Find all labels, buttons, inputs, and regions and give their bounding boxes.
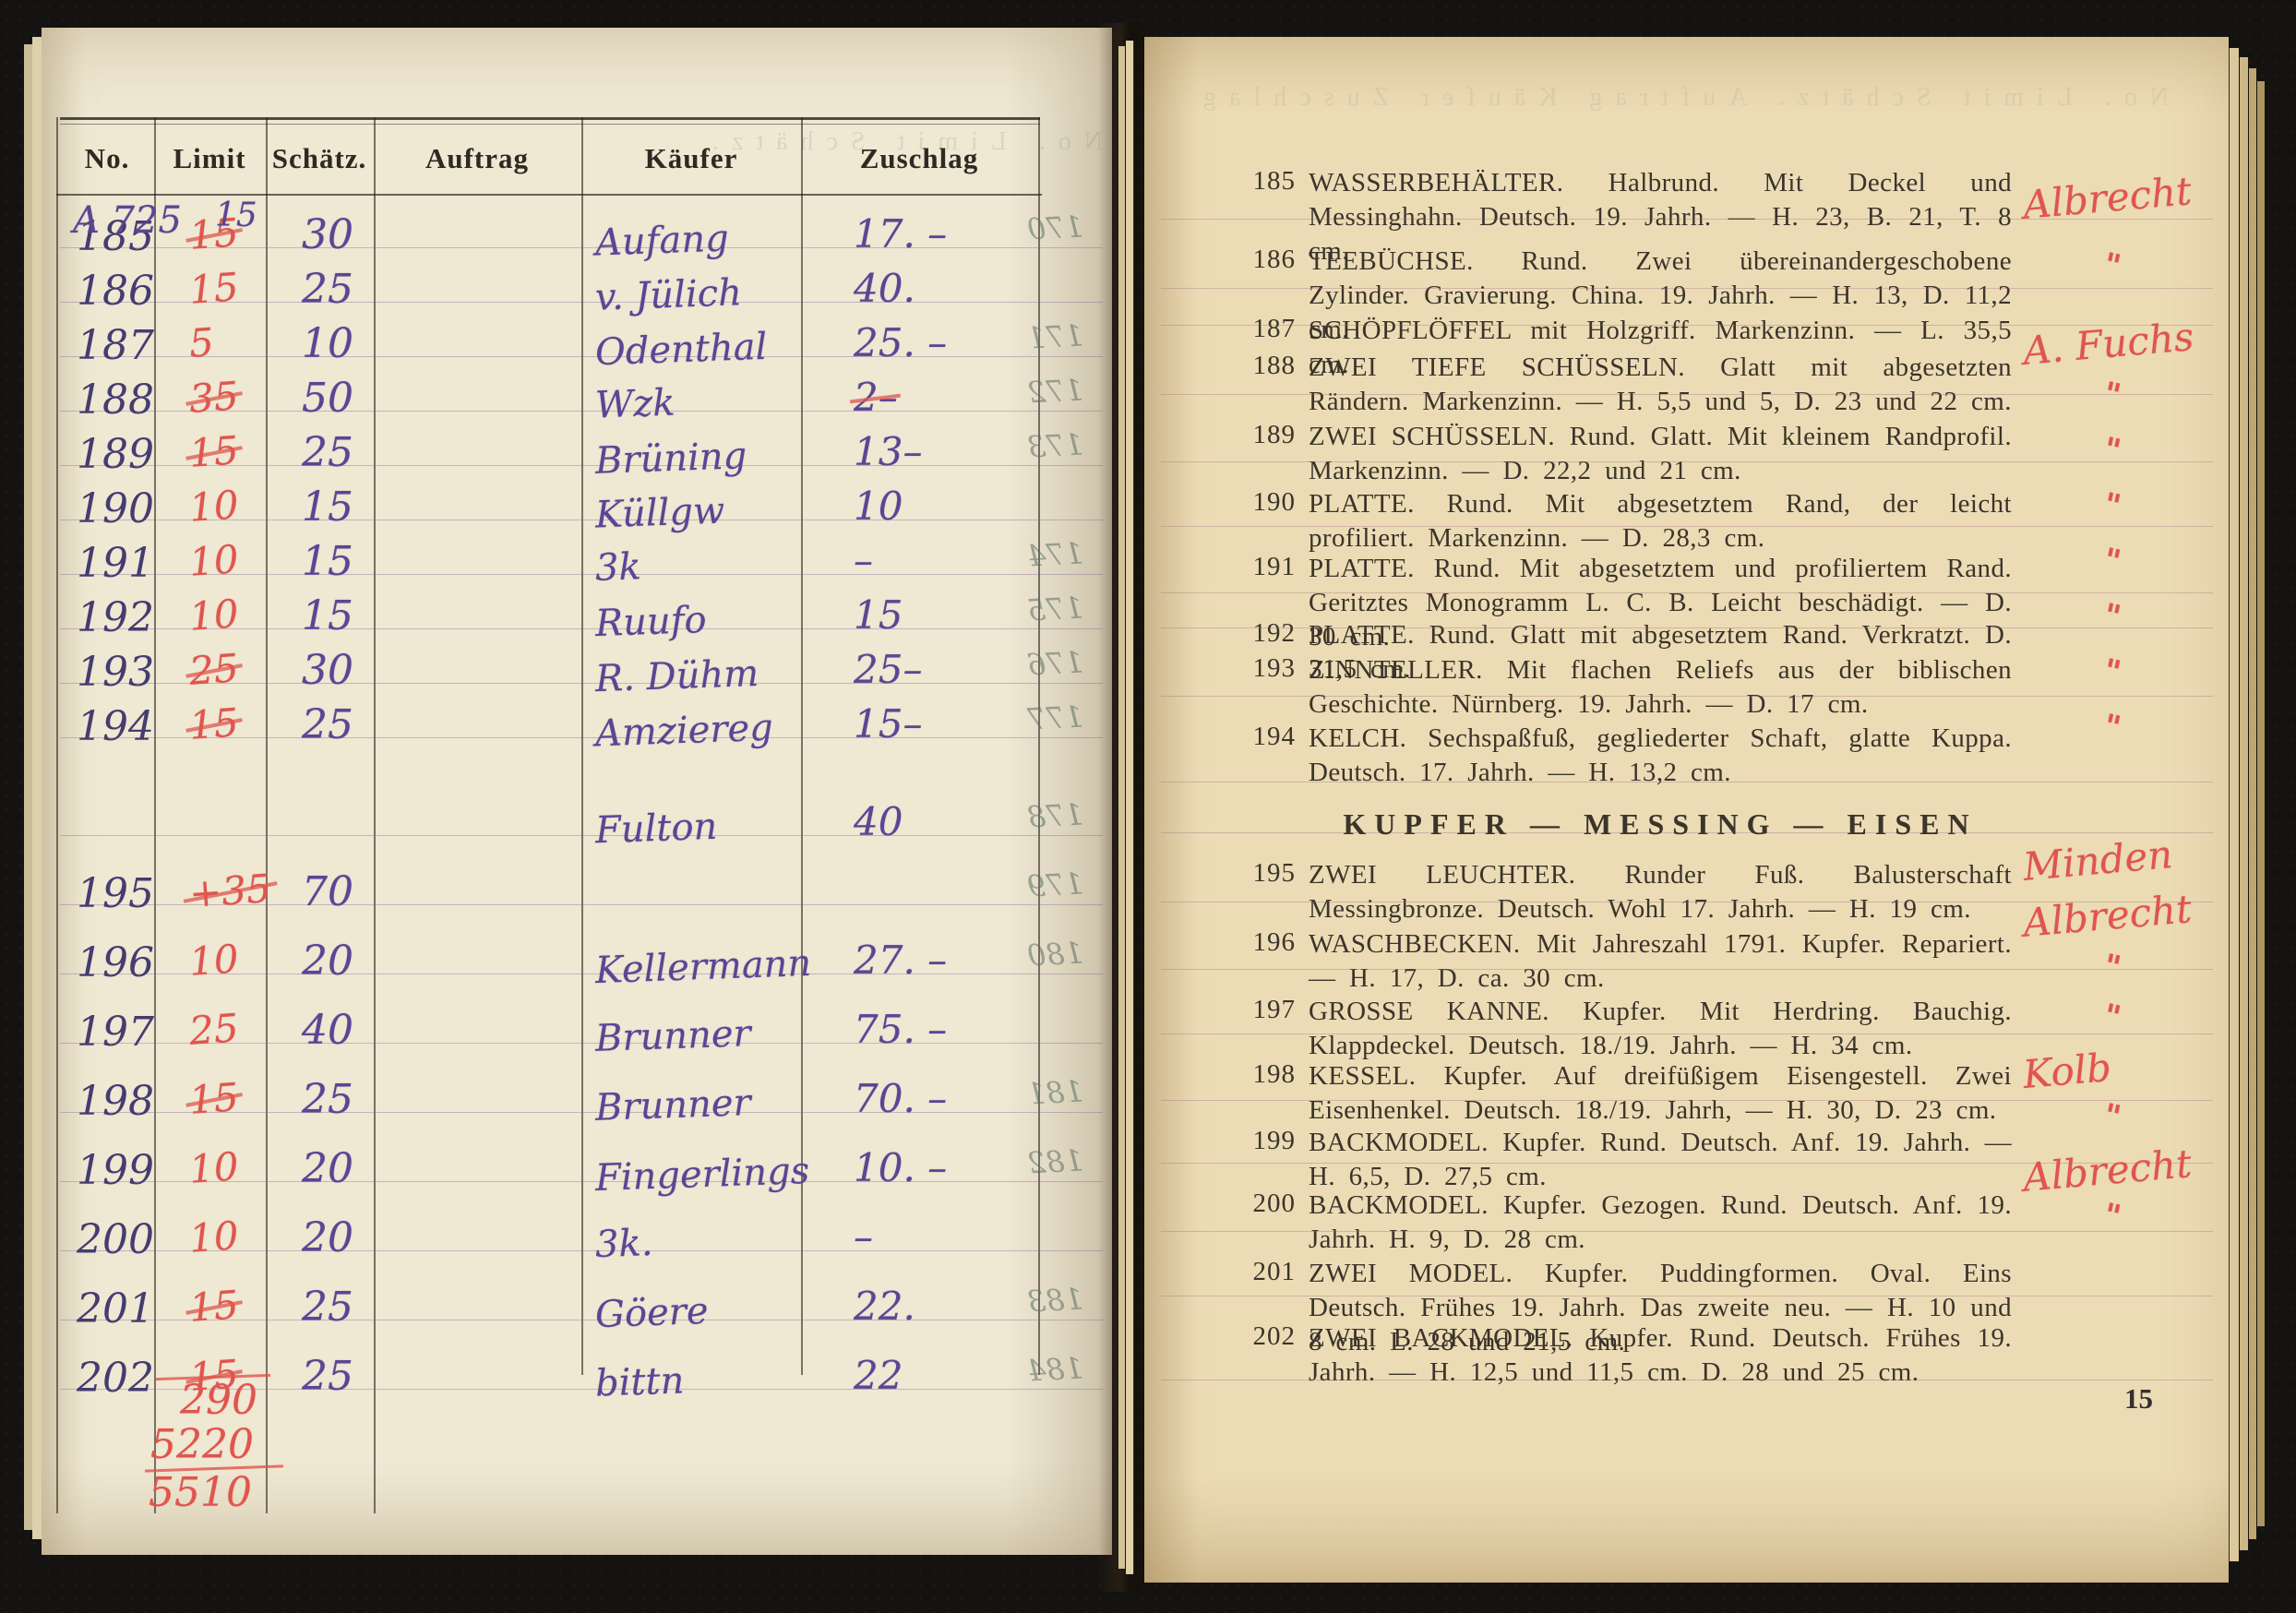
ruled-line [1161, 394, 2213, 395]
ledger-row: 1851530A 72515Aufang17. –170 [60, 194, 1103, 248]
header-zuschlag: Zuschlag [860, 142, 979, 175]
entry-number: 199 [1229, 1126, 1296, 1156]
header-auftrag: Auftrag [425, 142, 529, 175]
sum-value: 290 [180, 1377, 257, 1424]
ruled-line [1161, 782, 2213, 783]
bleed-number: 179 [1026, 866, 1084, 903]
sum-value: 5220 [150, 1421, 254, 1468]
ledger-row: 1991020Fingerlings10. –182 [60, 1113, 1103, 1182]
buyer-name: bittn [594, 1359, 685, 1404]
entry-text: BACKMODEL. Kupfer. Rund. Deutsch. Anf. 1… [1309, 1126, 2012, 1194]
ledger-row: 1921015Ruufo15175 [60, 575, 1103, 629]
ruled-line [1161, 461, 2213, 462]
ruled-line [1161, 627, 2213, 628]
bleed-number: 173 [1026, 426, 1084, 464]
ruled-line [1161, 1034, 2213, 1034]
ledger-row: 195+3570179 [60, 836, 1103, 905]
entry-text: ZINNTELLER. Mit flachen Reliefs aus der … [1309, 653, 2012, 722]
entry-text: BACKMODEL. Kupfer. Gezogen. Rund. Deutsc… [1309, 1189, 2012, 1257]
page-edge-stack-right [2249, 68, 2256, 1539]
page-edge-stack-right [2240, 57, 2248, 1550]
ruled-line [1161, 1296, 2213, 1296]
left-page: No. Limit Schätz. No. Limit Schätz. Auft… [42, 28, 1112, 1555]
entry-number: 195 [1229, 858, 1296, 889]
margin-ditto-mark: " [2100, 652, 2124, 692]
margin-ditto-mark: " [2100, 542, 2124, 581]
entry-number: 193 [1229, 653, 1296, 684]
ledger-row: 1932530R. Dühm25–176 [60, 629, 1103, 684]
ledger-row: 1941525Amziereg15–177 [60, 684, 1103, 738]
ledger-row: 19110153k–174 [60, 520, 1103, 575]
entry-number: 198 [1229, 1059, 1296, 1090]
table-top-rule-thin [60, 124, 1040, 125]
page-edge-stack-left [24, 44, 32, 1530]
ledger-row: 1891525Brüning13–173 [60, 412, 1103, 466]
margin-buyer-annotation: Minden [2021, 831, 2174, 890]
ruled-line [1161, 1100, 2213, 1101]
ruled-line [1161, 592, 2213, 593]
page-edge-stack-gutter [1118, 46, 1125, 1569]
entry-number: 200 [1229, 1189, 1296, 1219]
page-number: 15 [2124, 1382, 2153, 1416]
margin-ditto-mark: " [2100, 1197, 2124, 1237]
ledger-row: 2011525Göere22.183 [60, 1251, 1103, 1320]
bleed-number: 171 [1026, 317, 1084, 355]
ruled-line [1161, 696, 2213, 697]
entry-text: PLATTE. Rund. Mit abgesetztem Rand, der … [1309, 487, 2012, 556]
entry-text: ZWEI LEUCHTER. Runder Fuß. Balusterschaf… [1309, 858, 2012, 926]
entry-number: 187 [1229, 314, 1296, 344]
entry-number: 190 [1229, 487, 1296, 518]
margin-ditto-mark: " [2100, 486, 2124, 526]
bleed-through-header: No. Limit Schätz. Auftrag Käufer Zuschla… [1209, 83, 2169, 113]
header-limit: Limit [173, 142, 245, 175]
bleed-number: 174 [1026, 535, 1084, 573]
header-kaeufer: Käufer [645, 142, 738, 175]
entry-number: 201 [1229, 1257, 1296, 1287]
page-edge-stack-right [2257, 81, 2265, 1526]
commission-bid: 15 [215, 197, 257, 234]
entry-text: KELCH. Sechspaßfuß, gegliederter Schaft,… [1309, 722, 2012, 790]
entry-text: WASCHBECKEN. Mit Jahreszahl 1791. Kupfer… [1309, 927, 2012, 996]
margin-buyer-annotation: Albrecht [2021, 886, 2194, 946]
section-heading: KUPFER — MESSING — EISEN [1309, 807, 2012, 842]
entry-number: 185 [1229, 166, 1296, 197]
ledger-row: 187510Odenthal25. –171 [60, 303, 1103, 357]
ruled-line [1161, 1380, 2213, 1380]
entry-number: 186 [1229, 245, 1296, 275]
margin-ditto-mark: " [2100, 431, 2124, 471]
margin-buyer-annotation: Albrecht [2021, 1141, 2194, 1201]
bleed-number: 178 [1026, 796, 1084, 834]
bleed-number: 181 [1026, 1073, 1084, 1111]
ledger-rows: 1851530A 72515Aufang17. –1701861525v. Jü… [60, 194, 1103, 1390]
estimate-value: 25 [302, 1353, 353, 1400]
entry-text: GROSSE KANNE. Kupfer. Mit Herdring. Bauc… [1309, 995, 2012, 1063]
margin-ditto-mark: " [2100, 708, 2124, 747]
table-top-rule [60, 117, 1040, 120]
margin-ditto-mark: " [2100, 376, 2124, 415]
ledger-row: 1861525v. Jülich40. [60, 248, 1103, 303]
ruled-line [1161, 288, 2213, 289]
bleed-number: 170 [1026, 209, 1084, 246]
margin-ditto-mark: " [2100, 1097, 2124, 1137]
entry-number: 191 [1229, 552, 1296, 582]
bleed-number: 177 [1026, 699, 1084, 736]
lot-number: 202 [77, 1355, 154, 1402]
page-edge-stack-gutter [1126, 41, 1133, 1574]
sum-value: 5510 [149, 1469, 252, 1516]
margin-ditto-mark: " [2100, 948, 2124, 987]
entry-number: 188 [1229, 351, 1296, 381]
entry-number: 192 [1229, 618, 1296, 649]
bleed-number: 175 [1026, 590, 1084, 627]
margin-buyer-annotation: Kolb [2021, 1045, 2113, 1097]
ruled-line [1161, 1231, 2213, 1232]
column-rule [56, 117, 58, 1513]
entry-text: ZWEI TIEFE SCHÜSSELN. Glatt mit abgesetz… [1309, 351, 2012, 419]
bleed-number: 172 [1026, 372, 1084, 410]
ledger-row: 1883550Wzk2–172 [60, 357, 1103, 412]
ledger-row: 1901015Küllgw10 [60, 466, 1103, 520]
ledger-row: 1972540Brunner75. – [60, 974, 1103, 1044]
bleed-number: 184 [1026, 1350, 1084, 1388]
ledger-row: 1961020Kellermann27. –180 [60, 905, 1103, 974]
commission-note: A 725 [73, 199, 182, 242]
bleed-number: 182 [1026, 1142, 1084, 1180]
margin-ditto-mark: " [2100, 246, 2124, 286]
entry-number: 189 [1229, 420, 1296, 450]
entry-number: 197 [1229, 995, 1296, 1025]
entry-text: ZWEI SCHÜSSELN. Rund. Glatt. Mit kleinem… [1309, 420, 2012, 488]
header-schaetz: Schätz. [272, 142, 367, 175]
scanned-book-spread: No. Limit Schätz. No. Limit Schätz. Auft… [0, 0, 2296, 1613]
bleed-number: 176 [1026, 644, 1084, 682]
entry-text: KESSEL. Kupfer. Auf dreifüßigem Eisenges… [1309, 1059, 2012, 1128]
bleed-number: 183 [1026, 1281, 1084, 1319]
entry-number: 202 [1229, 1321, 1296, 1352]
ruled-line [1161, 526, 2213, 527]
entry-number: 196 [1229, 927, 1296, 958]
page-edge-stack-right [2230, 48, 2239, 1561]
header-no: No. [85, 142, 130, 175]
page-edge-stack-left [32, 37, 42, 1539]
right-page: No. Limit Schätz. Auftrag Käufer Zuschla… [1144, 37, 2229, 1583]
ruled-line [1161, 969, 2213, 970]
margin-ditto-mark: " [2100, 597, 2124, 637]
margin-ditto-mark: " [2100, 998, 2124, 1037]
hammer-price: 22 [854, 1353, 903, 1398]
bleed-number: 180 [1026, 935, 1084, 973]
ledger-row: 1981525Brunner70. –181 [60, 1044, 1103, 1113]
entry-number: 194 [1229, 722, 1296, 752]
ledger-row: Fulton40178 [60, 738, 1103, 836]
ledger-row: 20010203k.– [60, 1182, 1103, 1251]
margin-buyer-annotation: A. Fuchs [2021, 314, 2195, 374]
